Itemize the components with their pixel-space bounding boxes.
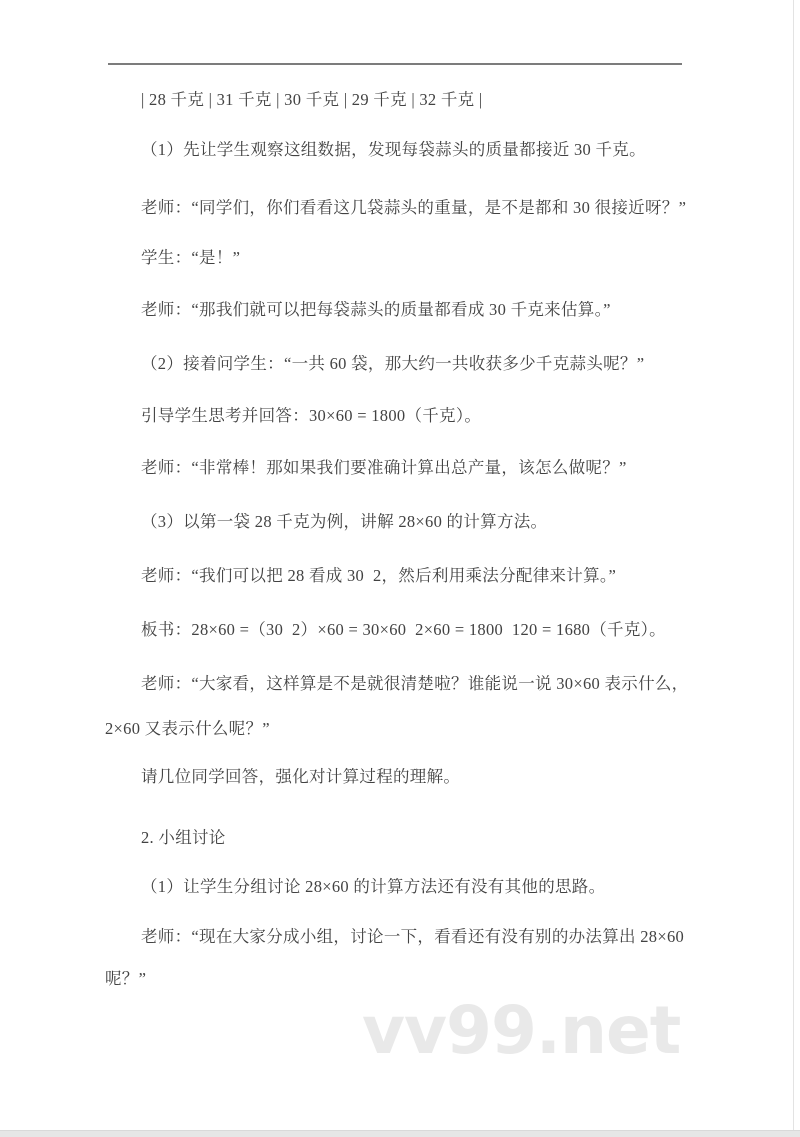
doc-line-teacher-quote-5: 老师：“大家看，这样算是不是就很清楚啦？谁能说一说 30×60 表示什么， bbox=[105, 672, 688, 696]
doc-line-teacher-quote-6-cont: 呢？” bbox=[105, 967, 146, 991]
doc-line-step2: （2）接着问学生：“一共 60 袋，那大约一共收获多少千克蒜头呢？” bbox=[105, 352, 644, 376]
document-page: | 28 千克 | 31 千克 | 30 千克 | 29 千克 | 32 千克 … bbox=[0, 0, 800, 1137]
doc-line-step3: （3）以第一袋 28 千克为例，讲解 28×60 的计算方法。 bbox=[105, 510, 547, 534]
doc-line-teacher-quote-1: 老师：“同学们，你们看看这几袋蒜头的重量，是不是都和 30 很接近呀？” bbox=[105, 196, 686, 220]
page-bottom-edge bbox=[0, 1130, 800, 1137]
doc-line-discussion-step1: （1）让学生分组讨论 28×60 的计算方法还有没有其他的思路。 bbox=[105, 875, 605, 899]
header-divider-rule bbox=[108, 63, 682, 65]
doc-line-section2-heading: 2. 小组讨论 bbox=[105, 826, 226, 850]
page-right-edge bbox=[793, 0, 794, 1137]
doc-line-reinforce-note: 请几位同学回答，强化对计算过程的理解。 bbox=[105, 765, 460, 789]
doc-line-estimate-answer: 引导学生思考并回答：30×60 = 1800（千克）。 bbox=[105, 404, 481, 428]
doc-line-teacher-quote-5-cont: 2×60 又表示什么呢？” bbox=[105, 717, 270, 741]
doc-line-teacher-quote-4: 老师：“我们可以把 28 看成 30 2，然后利用乘法分配律来计算。” bbox=[105, 564, 616, 588]
doc-line-step1: （1）先让学生观察这组数据，发现每袋蒜头的质量都接近 30 千克。 bbox=[105, 138, 646, 162]
doc-line-weights-table-row: | 28 千克 | 31 千克 | 30 千克 | 29 千克 | 32 千克 … bbox=[105, 88, 483, 112]
doc-line-student-quote: 学生：“是！” bbox=[105, 246, 240, 270]
doc-line-teacher-quote-6: 老师：“现在大家分成小组，讨论一下，看看还有没有别的办法算出 28×60 bbox=[105, 925, 684, 949]
doc-line-teacher-quote-2: 老师：“那我们就可以把每袋蒜头的质量都看成 30 千克来估算。” bbox=[105, 298, 611, 322]
doc-line-board-work: 板书：28×60 =（30 2）×60 = 30×60 2×60 = 1800 … bbox=[105, 618, 666, 642]
doc-line-teacher-quote-3: 老师：“非常棒！那如果我们要准确计算出总产量，该怎么做呢？” bbox=[105, 456, 627, 480]
site-watermark: vv99.net bbox=[362, 992, 680, 1069]
